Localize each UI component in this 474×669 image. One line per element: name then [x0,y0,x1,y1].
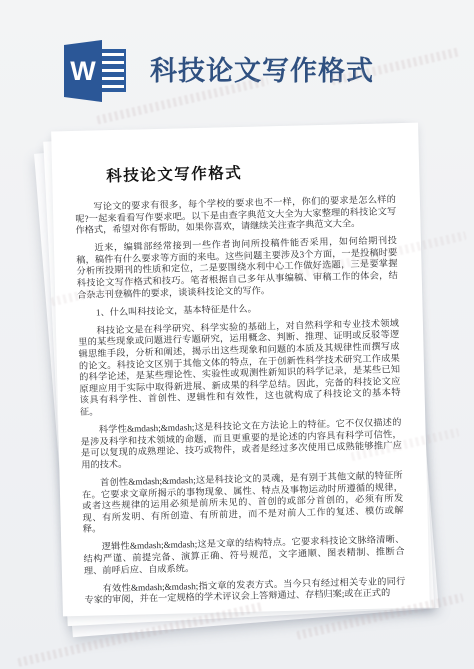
word-icon-lines-panel [98,49,126,92]
document-paragraph: 有效性&mdash;&mdash;指文章的发表方式。当今只有经过相关专业的同行专… [84,576,405,607]
document-paragraph: 科学性&mdash;&mdash;这是科技论文在方法论上的特征。它不仅仅描述的是… [80,417,402,471]
document-paragraph: 近来，编辑部经常接到一些作者询问所投稿件能否采用，如何给期刊投稿，稿件有什么要求… [76,235,398,301]
document-title: 科技论文写作格式 [106,157,395,186]
document-paragraph: 首创性&mdash;&mdash;这是科技论文的灵魂，是有别于其他文献的特征所在… [82,470,404,536]
page-title: 科技论文写作格式 [150,49,374,88]
template-preview: W 科技论文写作格式 科技论文写作格式 写论文的要求有很多，每个学校的要求也不一… [0,0,474,669]
document-body: 写论文的要求有很多，每个学校的要求也不一样，你们的要求是怎么样的呢?一起来看看写… [75,194,406,607]
word-icon: W [64,40,126,102]
document-paragraph: 逻辑性&mdash;&mdash;这是文章的结构特点。它要求科技论文脉络清晰、结… [83,534,405,577]
word-icon-letter: W [70,58,95,85]
document-page: 科技论文写作格式 写论文的要求有很多，每个学校的要求也不一样，你们的要求是怎么样… [51,123,430,617]
word-icon-w-panel: W [64,40,102,102]
document-paragraph: 1、什么叫科技论文，基本特征是什么。 [77,300,398,319]
document-paragraph: 写论文的要求有很多，每个学校的要求也不一样，你们的要求是怎么样的呢?一起来看看写… [75,194,397,237]
document-paragraph: 科技论文是在科学研究、科学实验的基础上，对自然科学和专业技术领域里的某些现象或问… [78,318,401,419]
